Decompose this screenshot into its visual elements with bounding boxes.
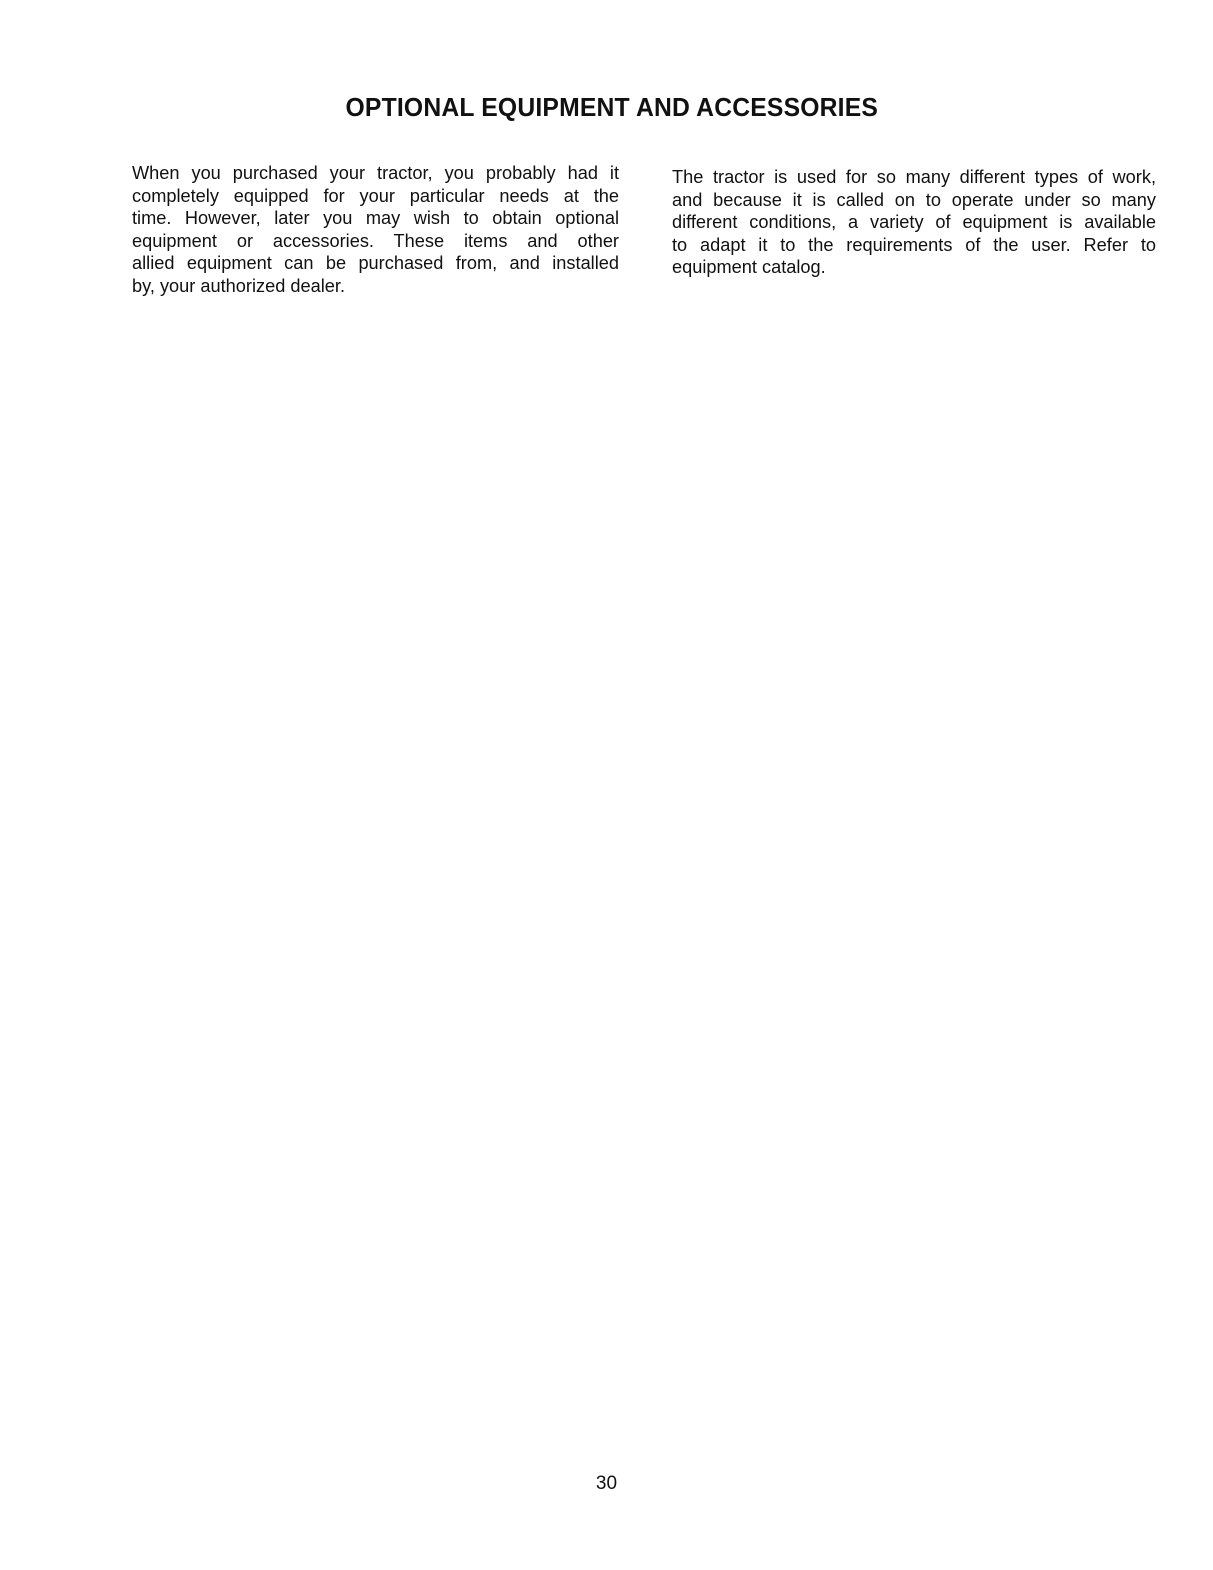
page-number: 30 (0, 1473, 1213, 1495)
left-column-paragraph: When you purchased your tractor, you pro… (132, 162, 619, 297)
page-title: OPTIONAL EQUIPMENT AND ACCESSORIES (0, 92, 1213, 123)
paragraph-line: When you purchased your tractor, you pro… (132, 162, 619, 185)
paragraph-line: completely equipped for your particular … (132, 185, 619, 208)
paragraph-line: and because it is called on to operate u… (672, 189, 1156, 212)
paragraph-line: allied equipment can be purchased from, … (132, 252, 619, 275)
paragraph-line: to adapt it to the requirements of the u… (672, 234, 1156, 257)
paragraph-line: by, your authorized dealer. (132, 275, 619, 298)
paragraph-line: equipment catalog. (672, 256, 1156, 279)
right-column-paragraph: The tractor is used for so many differen… (672, 166, 1156, 279)
paragraph-line: time. However, later you may wish to obt… (132, 207, 619, 230)
paragraph-line: The tractor is used for so many differen… (672, 166, 1156, 189)
paragraph-line: equipment or accessories. These items an… (132, 230, 619, 253)
paragraph-line: different conditions, a variety of equip… (672, 211, 1156, 234)
